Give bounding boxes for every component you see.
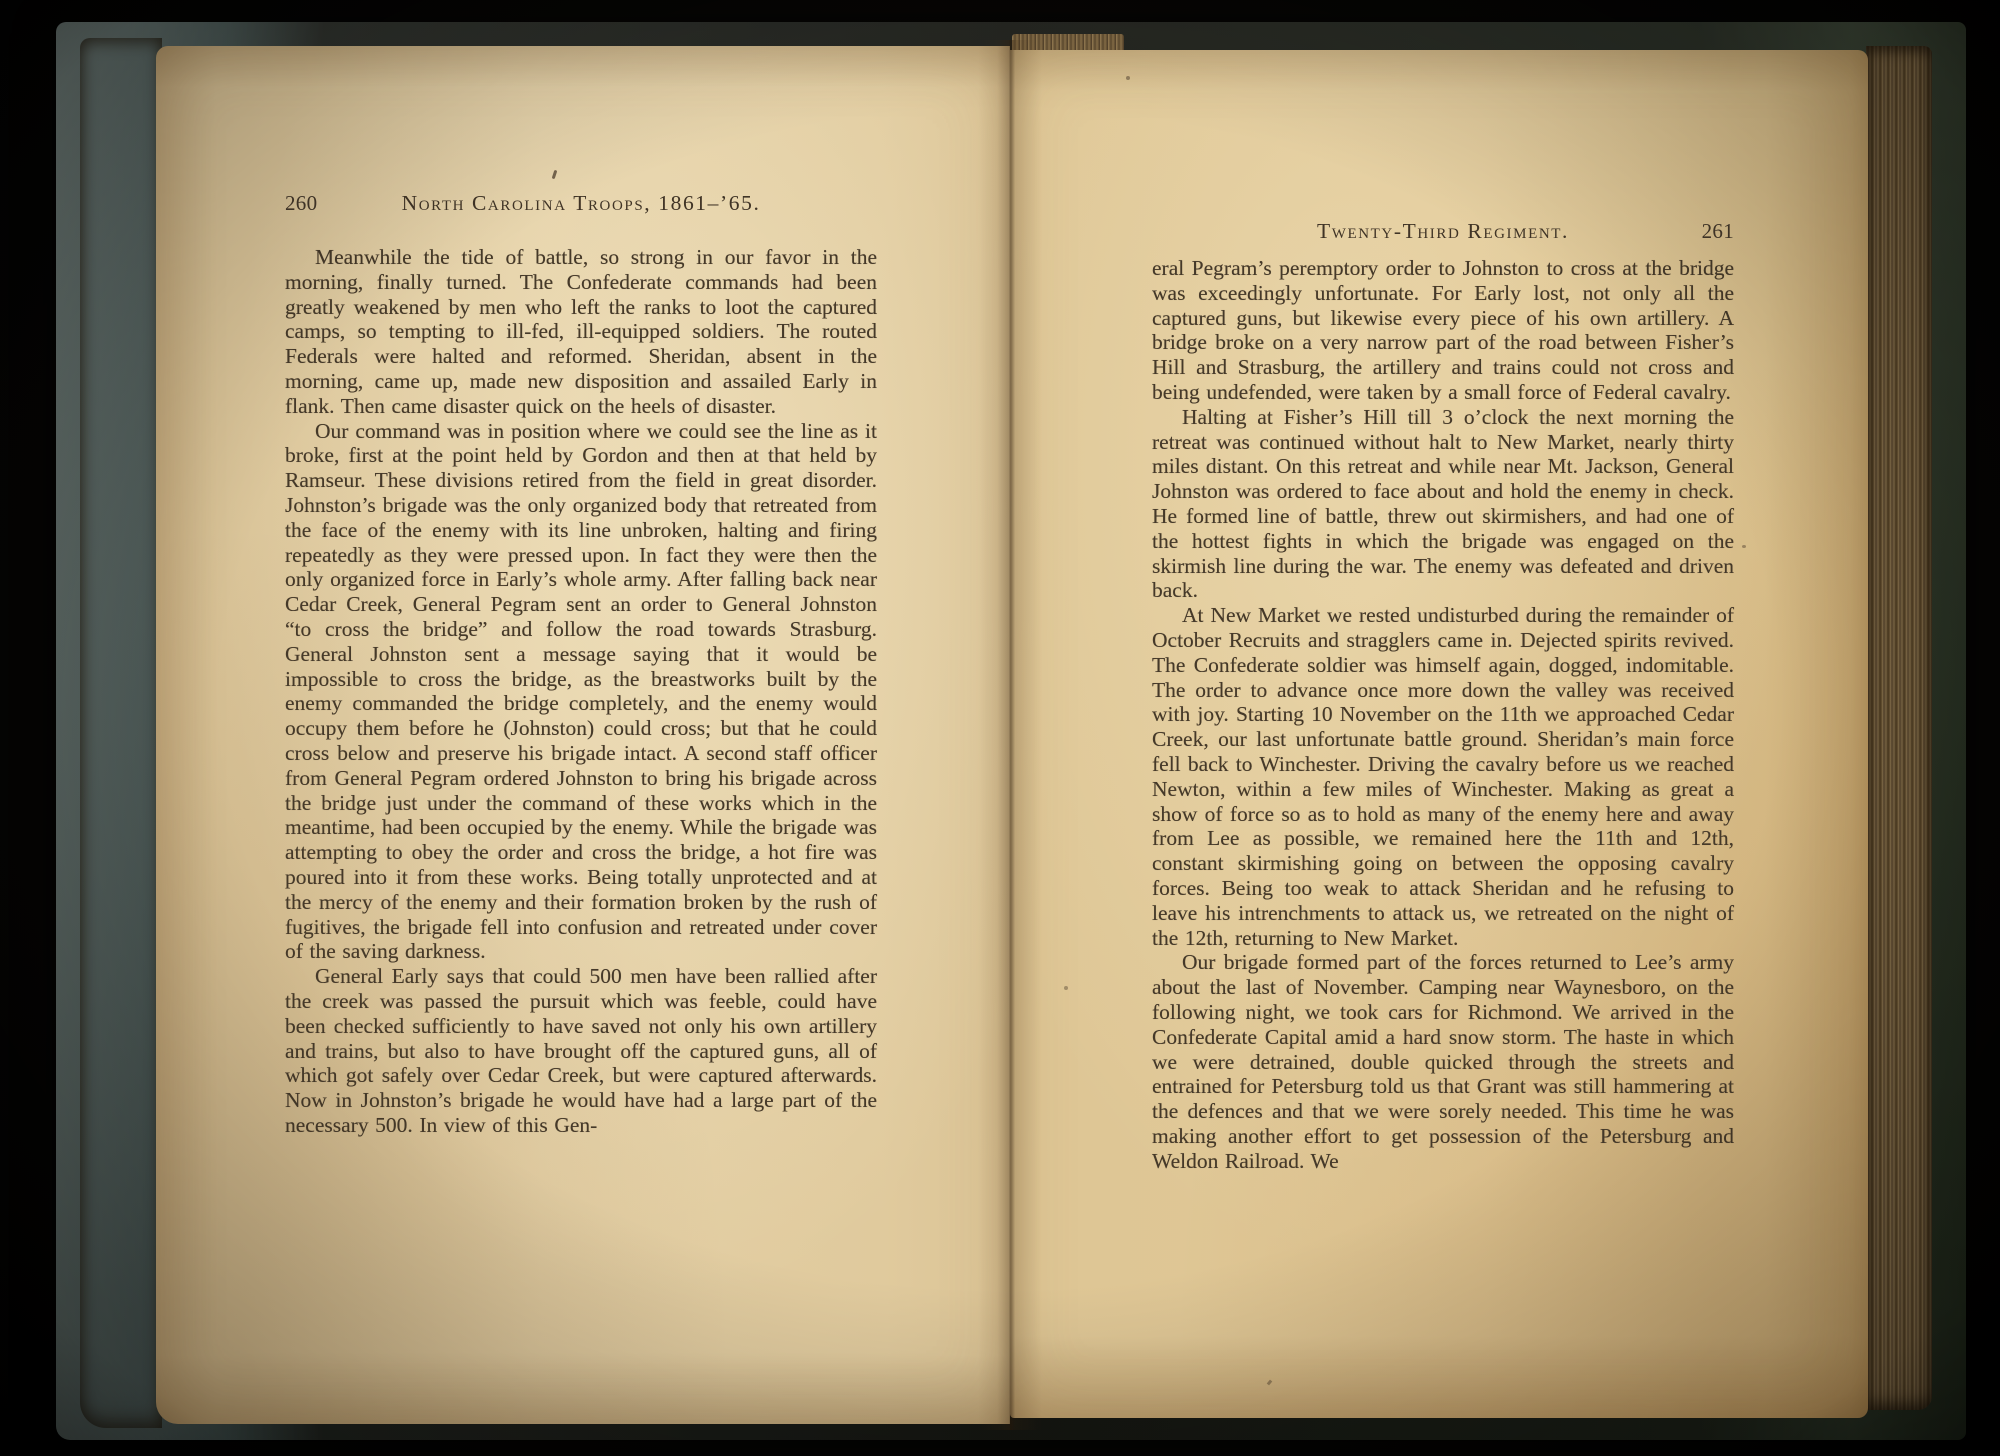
body-paragraph: eral Pegram’s peremptory order to Johnst… <box>1152 256 1734 405</box>
page-edge-stack-left <box>80 38 162 1428</box>
right-running-title: Twenty-Third Regiment. <box>1152 219 1734 244</box>
body-paragraph: Our command was in position where we cou… <box>285 419 877 965</box>
left-page-number: 260 <box>285 191 317 216</box>
left-page-body: Meanwhile the tide of battle, so strong … <box>285 245 877 1138</box>
body-paragraph: Halting at Fisher’s Hill till 3 o’clock … <box>1152 405 1734 603</box>
right-page-body: eral Pegram’s peremptory order to Johnst… <box>1152 256 1734 1173</box>
page-edge-stack-right <box>1866 46 1932 1410</box>
right-page-number: 261 <box>1702 219 1734 244</box>
body-paragraph: Our brigade formed part of the forces re… <box>1152 950 1734 1173</box>
body-paragraph: General Early says that could 500 men ha… <box>285 964 877 1138</box>
left-running-title: North Carolina Troops, 1861–’65. <box>285 191 877 216</box>
left-running-head: 260 North Carolina Troops, 1861–’65. <box>285 191 877 216</box>
right-running-head: Twenty-Third Regiment. 261 <box>1152 219 1734 244</box>
body-paragraph: At New Market we rested undisturbed duri… <box>1152 603 1734 950</box>
body-paragraph: Meanwhile the tide of battle, so strong … <box>285 245 877 419</box>
right-page: Twenty-Third Regiment. 261 eral Pegram’s… <box>1010 50 1868 1418</box>
left-page: 260 North Carolina Troops, 1861–’65. Mea… <box>156 46 1010 1424</box>
book-scan-photo: 260 North Carolina Troops, 1861–’65. Mea… <box>0 0 2000 1456</box>
